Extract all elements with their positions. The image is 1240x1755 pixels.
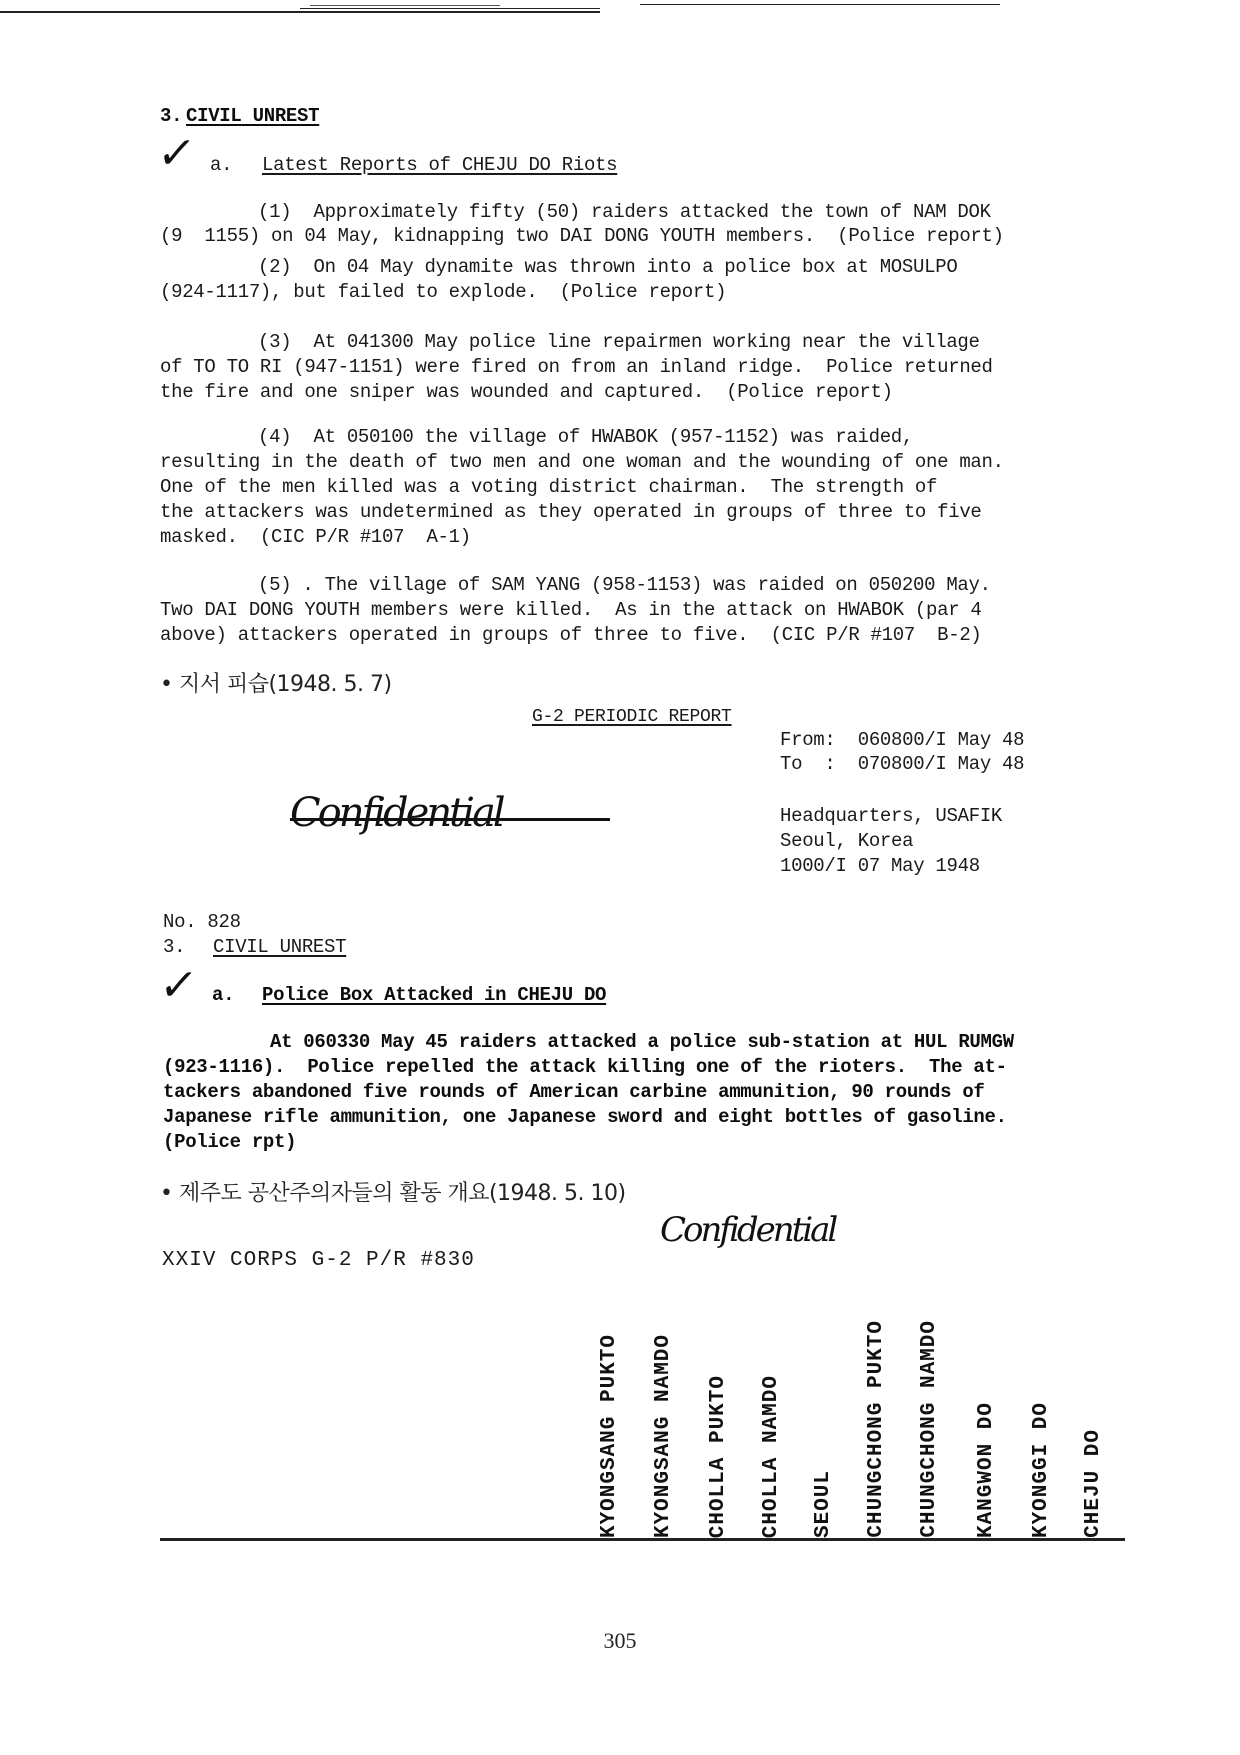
report-from: From: 060800/I May 48 <box>780 728 1024 753</box>
sec2-line3: tackers abandoned five rounds of America… <box>163 1080 985 1105</box>
para4-line5: masked. (CIC P/R #107 A-1) <box>160 525 471 550</box>
province-column-header: CHOLLA NAMDO <box>760 1375 783 1538</box>
province-column-header: CHOLLA PUKTO <box>707 1375 730 1538</box>
scan-artifact-line <box>640 4 1000 5</box>
para2-line1: (2) On 04 May dynamite was thrown into a… <box>258 255 957 280</box>
sec2-line2: (923-1116). Police repelled the attack k… <box>163 1055 1007 1080</box>
para1-line2: (9 1155) on 04 May, kidnapping two DAI D… <box>160 224 1004 249</box>
caption-police-box-attack: • 지서 피습(1948. 5. 7) <box>160 667 392 698</box>
confidential-stamp: Confidential <box>660 1210 835 1250</box>
report-number: No. 828 <box>163 910 241 935</box>
confidential-stamp: Confidential <box>290 790 503 836</box>
scan-artifact-line <box>300 8 600 9</box>
province-column-header: CHUNGCHONG NAMDO <box>918 1320 941 1538</box>
checkmark-icon: ✓ <box>156 960 200 1011</box>
report-date: 1000/I 07 May 1948 <box>780 854 980 879</box>
stamp-strikethrough <box>290 818 610 821</box>
province-column-header: KYONGSANG NAMDO <box>652 1334 675 1538</box>
report-city: Seoul, Korea <box>780 829 913 854</box>
sec2-line5: (Police rpt) <box>163 1130 296 1155</box>
para2-line2: (924-1117), but failed to explode. (Poli… <box>160 280 726 305</box>
para4-line1: (4) At 050100 the village of HWABOK (957… <box>258 425 913 450</box>
province-column-header: KYONGSANG PUKTO <box>598 1334 621 1538</box>
para1-line1: (1) Approximately fifty (50) raiders att… <box>258 200 991 225</box>
checkmark-icon: ✓ <box>154 128 198 179</box>
page-number: 305 <box>0 1628 1240 1654</box>
para3-line1: (3) At 041300 May police line repairmen … <box>258 330 980 355</box>
para3-line2: of TO TO RI (947-1151) were fired on fro… <box>160 355 993 380</box>
province-column-header: CHUNGCHONG PUKTO <box>865 1320 888 1538</box>
scan-artifact-line <box>0 11 600 13</box>
province-column-header: KYONGGI DO <box>1030 1402 1053 1538</box>
para4-line4: the attackers was undetermined as they o… <box>160 500 982 525</box>
section1-subheading: Latest Reports of CHEJU DO Riots <box>262 153 617 178</box>
para5-line1: (5) . The village of SAM YANG (958-1153)… <box>258 573 991 598</box>
scan-artifact-line <box>310 5 500 6</box>
province-column-header: CHEJU DO <box>1082 1429 1105 1538</box>
report-headquarters: Headquarters, USAFIK <box>780 804 1002 829</box>
province-column-header: SEOUL <box>812 1470 835 1538</box>
sec2-line1: At 060330 May 45 raiders attacked a poli… <box>270 1030 1014 1055</box>
province-column-header: KANGWON DO <box>975 1402 998 1538</box>
section2-heading: CIVIL UNREST <box>213 935 346 960</box>
caption-communist-activities: • 제주도 공산주의자들의 활동 개요(1948. 5. 10) <box>160 1176 626 1207</box>
sec2-line4: Japanese rifle ammunition, one Japanese … <box>163 1105 1007 1130</box>
para4-line3: One of the men killed was a voting distr… <box>160 475 937 500</box>
para5-line2: Two DAI DONG YOUTH members were killed. … <box>160 598 982 623</box>
section2-sub-letter: a. <box>212 983 234 1008</box>
corps-report-title: XXIV CORPS G-2 P/R #830 <box>162 1248 475 1273</box>
periodic-report-title: G-2 PERIODIC REPORT <box>532 705 732 730</box>
section1-heading: CIVIL UNREST <box>186 104 319 129</box>
section2-number: 3. <box>163 935 185 960</box>
report-to: To : 070800/I May 48 <box>780 752 1024 777</box>
para3-line3: the fire and one sniper was wounded and … <box>160 380 893 405</box>
para5-line3: above) attackers operated in groups of t… <box>160 623 982 648</box>
table-rule <box>160 1538 1125 1541</box>
para4-line2: resulting in the death of two men and on… <box>160 450 1004 475</box>
section1-number: 3. <box>160 104 182 129</box>
section2-subheading: Police Box Attacked in CHEJU DO <box>262 983 606 1008</box>
section1-sub-letter: a. <box>210 153 232 178</box>
